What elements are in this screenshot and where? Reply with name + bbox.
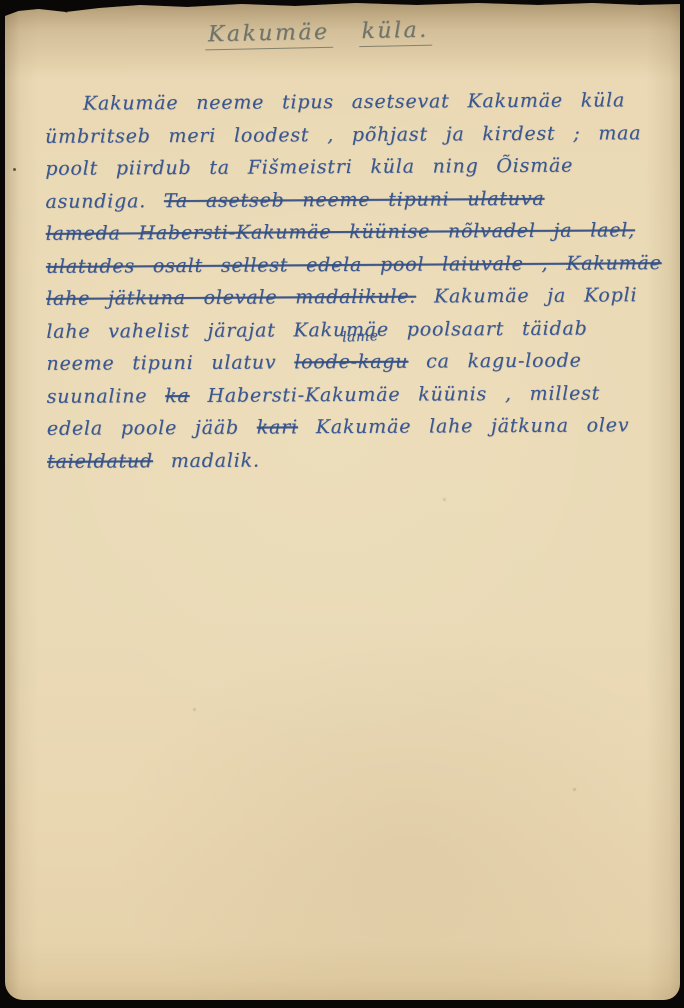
correction: lameloode-kagu [294,346,408,379]
deleted-text: lahe jätkuna olevale madalikule. [46,286,416,310]
manuscript-line: ümbritseb meri loodest , põhjast ja kird… [45,117,645,153]
deleted-text: loode-kagu [294,351,408,374]
manuscript-line: edela poole jääb kari Kakumäe lahe jätku… [47,409,647,445]
deleted-text: Ta asetseb neeme tipuni ulatuva [164,187,545,211]
text-segment: lahe vahelist järajat Kakumäe poolsaart … [46,317,587,342]
manuscript-line: ulatudes osalt sellest edela pool laiuva… [46,247,646,283]
manuscript-line: asundiga. Ta asetseb neeme tipuni ulatuv… [45,182,645,218]
page-title: Kakumäeküla. [205,18,432,51]
text-segment: edela poole jääb [47,417,257,440]
manuscript-line: neeme tipuni ulatuv lameloode-kagu ca ka… [46,344,646,380]
manuscript-line: suunaline ka Habersti-Kakumäe küünis , m… [47,377,647,413]
text-segment: asundiga. [45,190,164,213]
title-word: Kakumäe [205,20,333,51]
title-word: küla. [358,18,432,48]
text-segment: ümbritseb meri loodest , põhjast ja kird… [45,122,641,148]
manuscript-line: lameda Habersti-Kakumäe küünise nõlvadel… [46,214,646,250]
deleted-text: kari [257,416,298,438]
text-segment: Kakumäe neeme tipus asetsevat Kakumäe kü… [83,89,625,114]
text-segment: Kakumäe lahe jätkuna olev [298,414,630,438]
manuscript-line: Kakumäe neeme tipus asetsevat Kakumäe kü… [45,84,645,120]
text-segment: madalik. [153,449,260,472]
text-segment: poolt piirdub ta Fišmeistri küla ning Õi… [45,155,573,180]
text-segment: Kakumäe ja Kopli [416,284,637,307]
deleted-text: ulatudes osalt sellest edela pool laiuva… [46,252,662,278]
manuscript: Kakumäe neeme tipus asetsevat Kakumäe kü… [45,84,647,478]
text-segment: neeme tipuni ulatuv [46,351,294,375]
manuscript-line: taieldatud madalik. [47,442,647,478]
text-segment: Habersti-Kakumäe küünis , millest [190,382,601,407]
deleted-text: lameda Habersti-Kakumäe küünise nõlvadel… [46,219,635,245]
text-segment: suunaline [47,385,166,408]
manuscript-line: poolt piirdub ta Fišmeistri küla ning Õi… [45,149,645,185]
text-segment: ca kagu-loode [408,350,581,373]
deleted-text: ka [165,384,190,406]
manuscript-line: lahe jätkuna olevale madalikule. Kakumäe… [46,279,646,315]
inserted-word: lame [342,329,379,344]
deleted-text: taieldatud [47,450,153,473]
scanned-page: Kakumäeküla. Kakumäe neeme tipus asetsev… [0,0,684,1008]
